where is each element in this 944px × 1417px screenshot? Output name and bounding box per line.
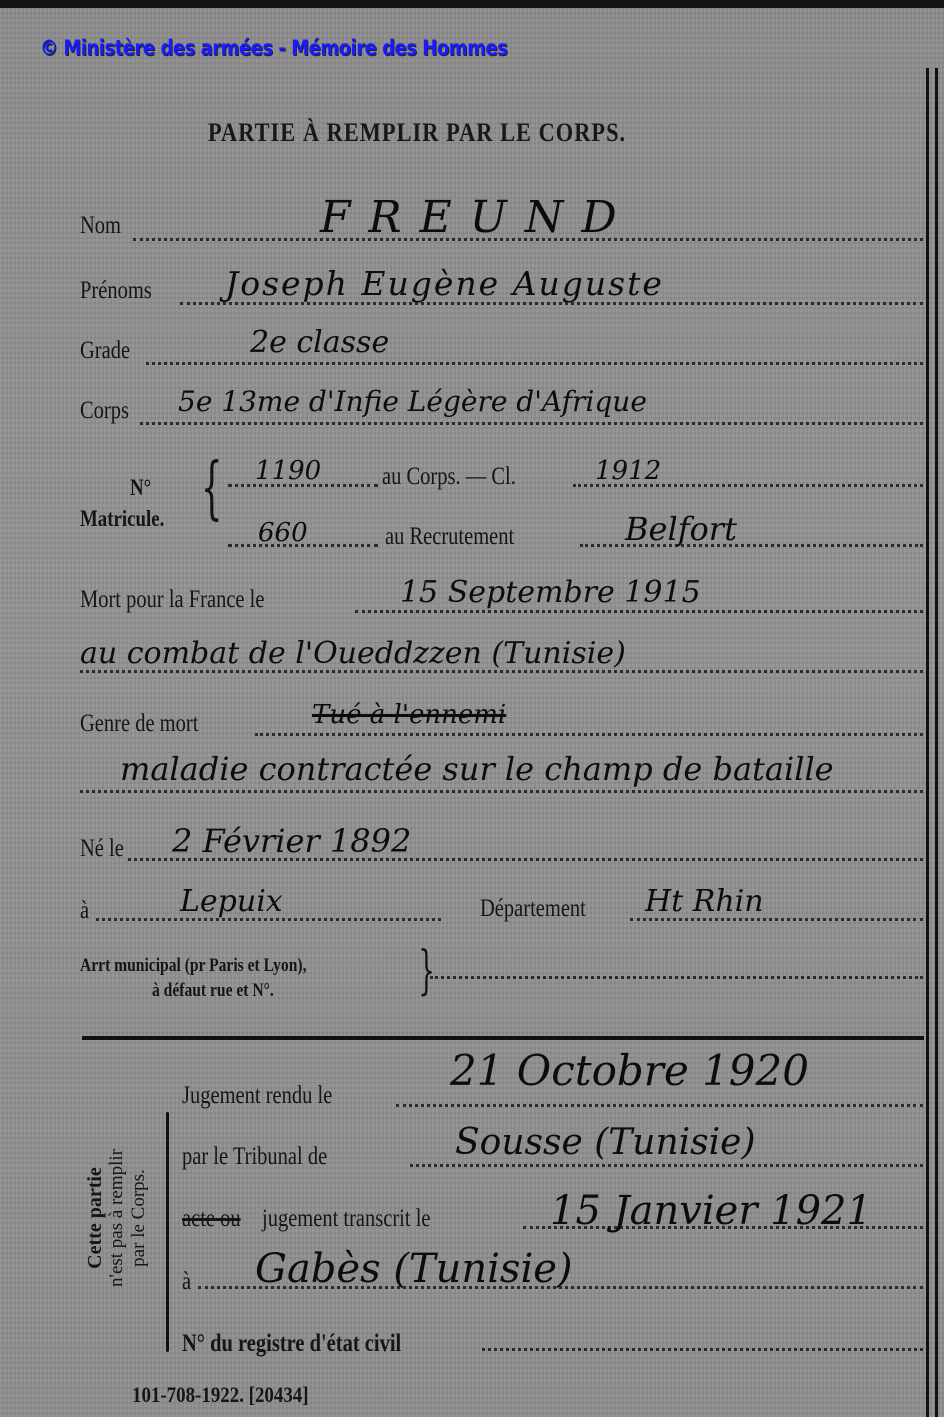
departement-value: Ht Rhin [645, 884, 764, 919]
jugement-rendu-line [396, 1104, 923, 1107]
grade-value: 2e classe [250, 325, 389, 360]
jugement-rendu-date: 21 Octobre 1920 [450, 1046, 809, 1095]
page-edge-line [935, 68, 938, 1417]
matricule-recrutement-value: 660 [258, 518, 308, 548]
side-note-line-3: par le Corps. [128, 1118, 150, 1318]
departement-label: Département [480, 895, 586, 923]
jugement-rendu-label: Jugement rendu le [182, 1082, 332, 1110]
tribunal-line [410, 1164, 923, 1167]
tribunal-label: par le Tribunal de [182, 1143, 327, 1171]
grade-label: Grade [80, 337, 130, 365]
matricule-label-no: N° [130, 475, 151, 501]
arrondissement-brace: } [418, 945, 435, 997]
form-reference-code: 101-708-1922. [20434] [132, 1382, 309, 1408]
page-edge-line [926, 68, 929, 1417]
genre-mort-value: maladie contractée sur le champ de batai… [120, 750, 834, 788]
genre-mort-label: Genre de mort [80, 710, 198, 738]
au-corps-label: au Corps. — Cl. [382, 463, 516, 491]
genre-mort-struck: Tué à l'ennemi [312, 700, 506, 730]
arrondissement-line [430, 976, 923, 979]
tribunal-value: Sousse (Tunisie) [455, 1122, 756, 1163]
matricule-label: Matricule. [80, 506, 164, 532]
ne-le-label: Né le [80, 835, 124, 863]
registre-line [482, 1348, 923, 1351]
corps-value: 5e 13me d'Infie Légère d'Afrique [178, 385, 647, 418]
side-note-line-2: n'est pas à remplir [106, 1118, 128, 1318]
side-note-line-1: Cette partie [84, 1118, 106, 1318]
copyright-watermark: © Ministère des armées - Mémoire des Hom… [40, 36, 507, 60]
a-label: à [80, 897, 89, 925]
transcrit-date: 15 Janvier 1921 [550, 1188, 872, 1234]
corps-line [140, 422, 923, 425]
genre-mort-line [255, 733, 923, 736]
transcrit-struck: acte ou [182, 1205, 241, 1233]
nom-label: Nom [80, 212, 121, 240]
corps-label: Corps [80, 397, 129, 425]
transcrit-place: Gabès (Tunisie) [255, 1246, 573, 1292]
matricule-brace: { [201, 455, 223, 523]
mort-place: au combat de l'Oueddzzen (Tunisie) [80, 636, 626, 671]
section-divider [82, 1036, 924, 1040]
jugement-brace [166, 1112, 169, 1352]
mort-label: Mort pour la France le [80, 586, 264, 614]
matricule-corps-value: 1190 [255, 456, 321, 486]
au-recrutement-label: au Recrutement [385, 523, 514, 551]
mort-date-line [355, 610, 923, 613]
nom-value: FREUND [320, 192, 635, 243]
transcrit-a-label: à [182, 1268, 191, 1296]
grade-line [146, 362, 923, 365]
naissance-place: Lepuix [180, 884, 283, 919]
recrutement-place: Belfort [625, 510, 737, 548]
classe-value: 1912 [595, 456, 661, 486]
registre-label: N° du registre d'état civil [182, 1330, 401, 1358]
prenoms-value: Joseph Eugène Auguste [225, 264, 664, 303]
transcrit-label: jugement transcrit le [262, 1205, 430, 1233]
form-title: PARTIE À REMPLIR PAR LE CORPS. [208, 118, 626, 148]
arrondissement-label: Arrt municipal (pr Paris et Lyon), [80, 955, 306, 977]
arrondissement-label-2: à défaut rue et N°. [152, 980, 274, 1002]
naissance-date: 2 Février 1892 [172, 822, 411, 860]
prenoms-label: Prénoms [80, 277, 152, 305]
genre-mort-line-2 [80, 790, 923, 793]
side-note: Cette partie n'est pas à remplir par le … [84, 1118, 150, 1318]
mort-date: 15 Septembre 1915 [400, 575, 701, 610]
